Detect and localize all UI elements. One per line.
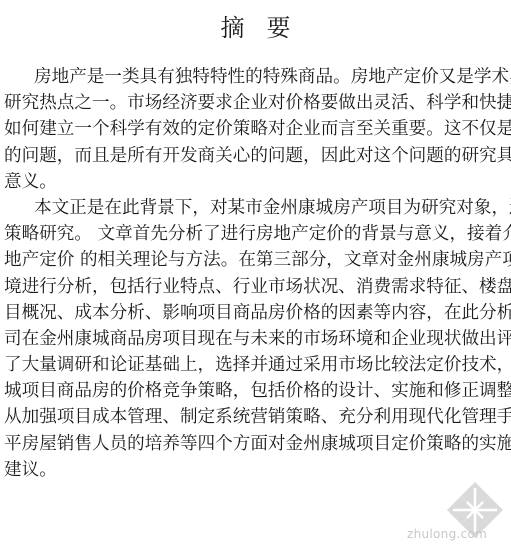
paragraph-2: 本文正是在此背景下，对某市金州康城房产项目为研究对象，进行楼盘定价 策略研究。 … bbox=[4, 195, 507, 483]
abstract-body: 房地产是一类具有独特特性的特殊商品。房地产定价又是学术界和企业界的 研究热点之一… bbox=[4, 64, 507, 483]
text-line: 本文正是在此背景下，对某市金州康城房产项目为研究对象，进行楼盘定价 bbox=[4, 195, 507, 221]
text-line: 的问题，而且是所有开发商关心的问题，因此对这个问题的研究具有非常普遍的 bbox=[4, 143, 507, 169]
text-line: 了大量调研和论证基础上，选择并通过采用市场比较法定价技术，提出了金州康 bbox=[4, 352, 507, 378]
text-line: 目概况、成本分析、影响项目商品房价格的因素等内容，在此分析的基础上对公 bbox=[4, 300, 507, 326]
text-line: 司在金州康城商品房项目现在与未来的市场环境和企业现状做出评价， 在进行 bbox=[4, 326, 507, 352]
text-line: 从加强项目成本管理、制定系统营销策略、充分利用现代化管理手段、注意高水 bbox=[4, 404, 507, 430]
text-line: 意义。 bbox=[4, 169, 507, 195]
text-line: 地产定价 的相关理论与方法。在第三部分，文章对金州康城房产项目的市场环 bbox=[4, 247, 507, 273]
watermark-text: zhulong.com bbox=[407, 527, 487, 541]
text-line: 研究热点之一。市场经济要求企业对价格要做出灵活、科学和快捷的反应，因此 bbox=[4, 90, 507, 116]
text-line: 房地产是一类具有独特特性的特殊商品。房地产定价又是学术界和企业界的 bbox=[4, 64, 507, 90]
paragraph-1: 房地产是一类具有独特特性的特殊商品。房地产定价又是学术界和企业界的 研究热点之一… bbox=[4, 64, 507, 195]
text-line: 境进行分析，包括行业特点、行业市场状况、消费需求特征、楼盘竞争情况、项 bbox=[4, 274, 507, 300]
text-line: 策略研究。 文章首先分析了进行房地产定价的背景与意义，接着介绍了有关房 bbox=[4, 221, 507, 247]
text-line: 建议。 bbox=[4, 457, 507, 483]
text-line: 如何建立一个科学有效的定价策略对企业而言至关重要。这不仅是某公司所关心 bbox=[4, 116, 507, 142]
page-title: 摘要 bbox=[0, 8, 511, 43]
text-line: 平房屋销售人员的培养等四个方面对金州康城项目定价策略的实施提出意见和 bbox=[4, 431, 507, 457]
text-line: 城项目商品房的价格竞争策略，包括价格的设计、实施和修正调整。最后，文章 bbox=[4, 378, 507, 404]
